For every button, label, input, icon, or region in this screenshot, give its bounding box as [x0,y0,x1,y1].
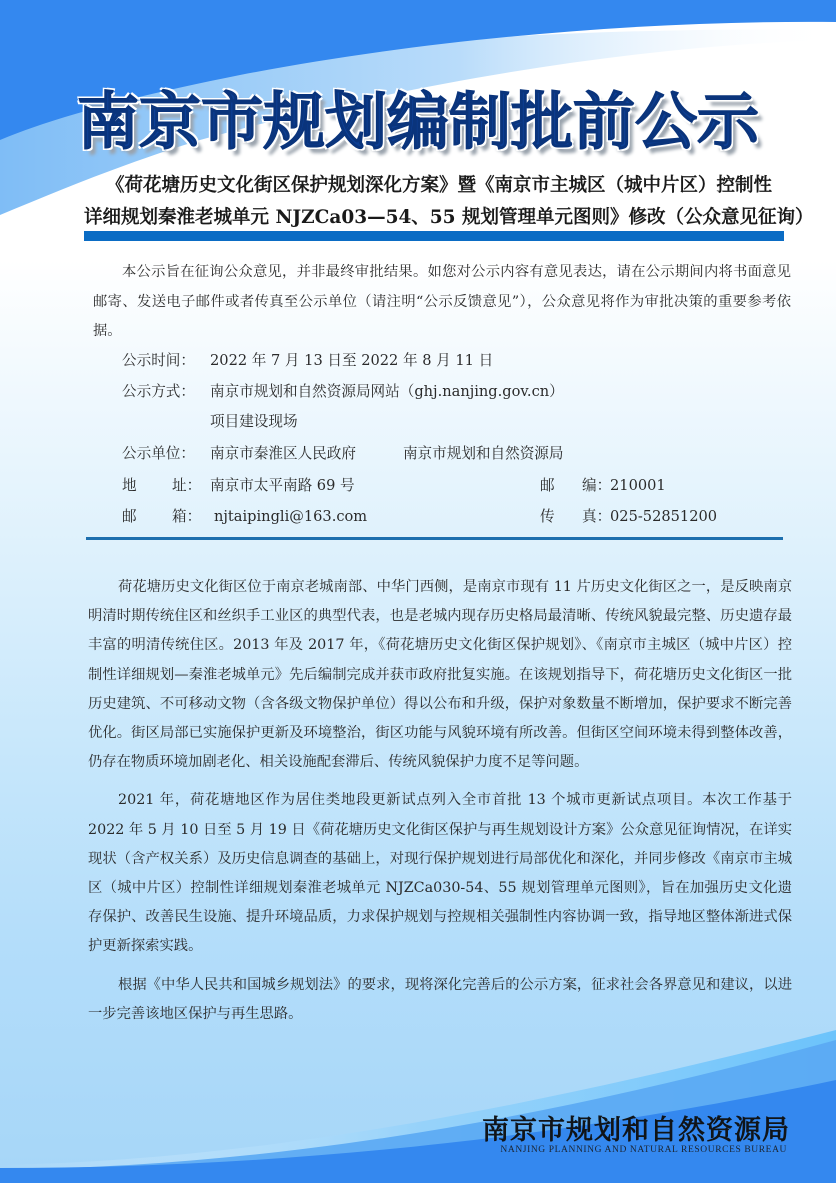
document-subtitle: 《荷花塘历史文化街区保护规划深化方案》暨《南京市主城区（城中片区）控制性 详细规… [84,170,792,234]
notice-section: 本公示旨在征询公众意见，并非最终审批结果。如您对公示内容有意见表达，请在公示期间… [93,258,791,347]
subtitle-line-1: 《荷花塘历史文化街区保护规划深化方案》暨《南京市主城区（城中片区）控制性 [84,170,792,202]
method-label: 公示方式： [122,378,210,406]
unit-value-1: 南京市秦淮区人民政府 [210,445,356,462]
method-value-site: 项目建设现场 [210,413,298,430]
footer-org-name-en: NANJING PLANNING AND NATURAL RESOURCES B… [420,1145,787,1155]
header-divider [84,231,784,241]
footer-org-name: 南京市规划和自然资源局 [420,1108,790,1147]
section-divider [86,537,783,540]
method-value-website: 南京市规划和自然资源局网站（ghj.nanjing.gov.cn） [210,383,564,400]
body-paragraph-3: 根据《中华人民共和国城乡规划法》的要求，现将深化完善后的公示方案，征求社会各界意… [88,971,792,1029]
unit-label: 公示单位： [122,440,210,468]
period-value: 2022 年 7 月 13 日至 2022 年 8 月 11 日 [210,352,493,369]
email-value[interactable]: njtaipingli@163.com [214,508,367,525]
address-value: 南京市太平南路 69 号 [210,477,355,494]
body-paragraph-2: 2021 年，荷花塘地区作为居住类地段更新试点列入全市首批 13 个城市更新试点… [88,786,792,961]
fax: 传真：025-52851200 [540,503,717,531]
info-row-method: 公示方式：南京市规划和自然资源局网站（ghj.nanjing.gov.cn） [122,378,564,406]
postcode: 邮编：210001 [540,472,666,500]
info-row-period: 公示时间：2022 年 7 月 13 日至 2022 年 8 月 11 日 [122,347,493,375]
info-row-address: 地址：南京市太平南路 69 号 邮编：210001 [122,472,802,500]
page-title: 南京市规划编制批前公示 [0,72,836,161]
subtitle-line-2: 详细规划秦淮老城单元 NJZCa03—54、55 规划管理单元图则》修改（公众意… [84,202,792,234]
info-row-method-2: 项目建设现场 [122,408,298,436]
address-label: 地址： [122,472,210,500]
body-section: 荷花塘历史文化街区位于南京老城南部、中华门西侧，是南京市现有 11 片历史文化街… [88,573,792,1038]
unit-value-2: 南京市规划和自然资源局 [403,445,564,462]
body-paragraph-1: 荷花塘历史文化街区位于南京老城南部、中华门西侧，是南京市现有 11 片历史文化街… [88,573,792,777]
email-label: 邮箱： [122,503,210,531]
info-row-unit: 公示单位：南京市秦淮区人民政府南京市规划和自然资源局 [122,440,564,468]
postcode-value: 210001 [610,477,666,494]
info-row-email: 邮箱：njtaipingli@163.com 传真：025-52851200 [122,503,802,531]
fax-value: 025-52851200 [610,508,717,525]
postcode-label: 邮编： [540,472,610,500]
fax-label: 传真： [540,503,610,531]
notice-text: 本公示旨在征询公众意见，并非最终审批结果。如您对公示内容有意见表达，请在公示期间… [93,258,791,347]
period-label: 公示时间： [122,347,210,375]
